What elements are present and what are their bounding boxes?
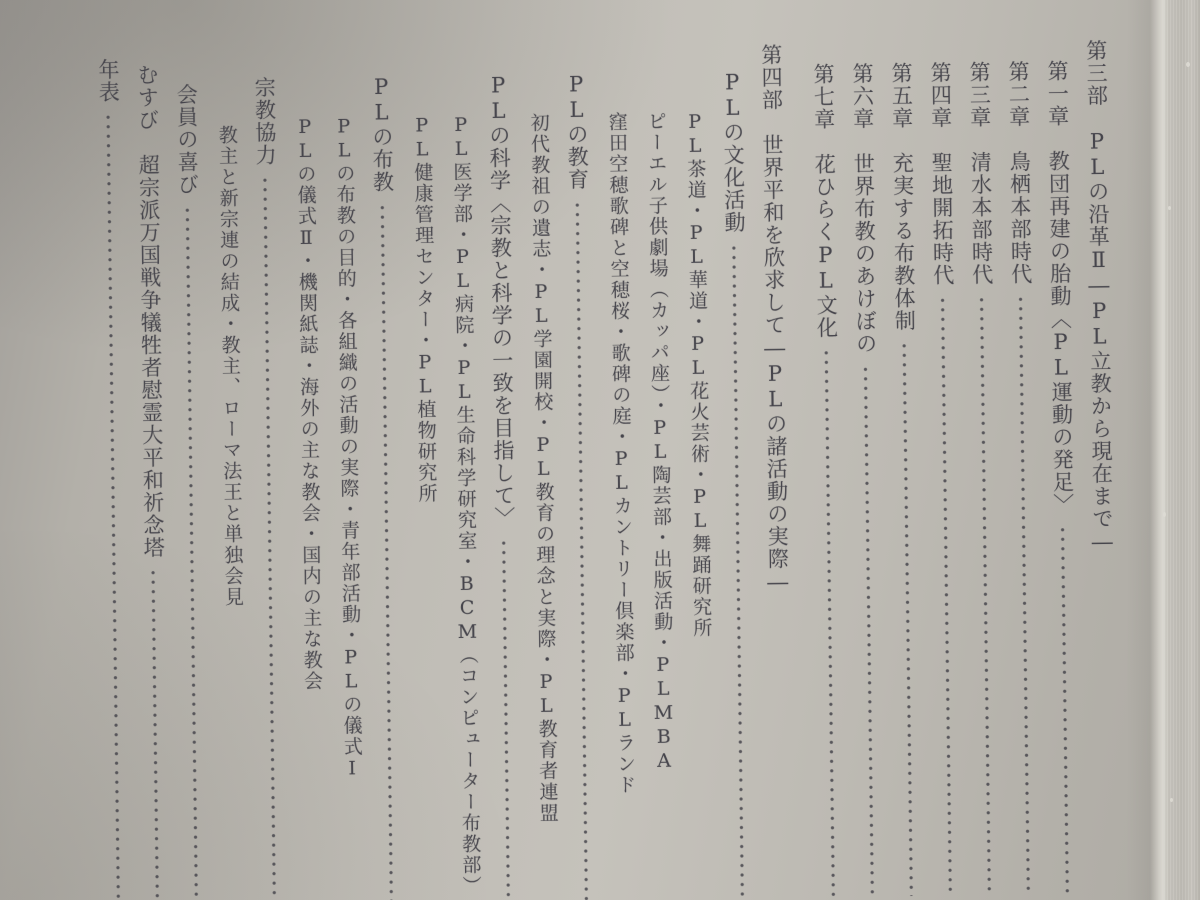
dotted-leader [566, 200, 598, 900]
toc-section-education: PLの教育 [564, 72, 598, 900]
dotted-leader [253, 175, 286, 900]
dotted-leader [854, 364, 884, 897]
toc-subentry: PL医学部・PL病院・PL生命科学研究室・BCM（コンピューター布教部） [448, 114, 481, 900]
dotted-leader [893, 341, 923, 896]
toc-part-3: 第三部 PLの沿革Ⅱ―PL立教から現在まで― [1084, 39, 1118, 893]
paper-speck [1163, 512, 1166, 517]
page-fore-edge [1126, 0, 1200, 900]
toc-chapter-3: 第三章 清水本部時代 [967, 61, 1001, 895]
toc-entry-text: 第七章 花ひらくPL文化 [811, 63, 838, 339]
dotted-leader [1009, 294, 1040, 894]
toc-chapter-6: 第六章 世界布教のあけぼの [850, 62, 884, 896]
toc-entry-text: 初代教祖の遺志・PL学園開校・PL教育の理念と実際・PL教育者連盟 [526, 113, 558, 824]
toc-entry-text: 宗教協力 [252, 76, 276, 166]
toc-subentry: 教主と新宗連の結成・教主、ローマ法王と単独会見 [214, 125, 247, 900]
dotted-leader [371, 202, 403, 900]
toc-section-cooperation: 宗教協力 [252, 76, 286, 900]
toc-entry-text: 第五章 充実する布教体制 [889, 62, 916, 332]
toc-subentry: PLの布教の目的・各組織の活動の実際・青年部活動・PLの儀式Ⅰ [331, 115, 364, 900]
toc-entry-text: 第四部 世界平和を欣求して―PLの諸活動の実際― [759, 44, 789, 596]
table-of-contents: 第三部 PLの沿革Ⅱ―PL立教から現在まで― 第一章 教団再建の胎動〈PL運動の… [87, 0, 1126, 900]
toc-entry-text: 第三章 清水本部時代 [967, 61, 993, 286]
book-page-photo: 第三部 PLの沿革Ⅱ―PL立教から現在まで― 第一章 教団再建の胎動〈PL運動の… [0, 0, 1200, 900]
toc-entry-text: 第三部 PLの沿革Ⅱ―PL立教から現在まで― [1084, 39, 1114, 555]
paper-speck [1168, 206, 1171, 210]
toc-section-musubi: むすび 超宗派万国戦争犠牲者慰霊大平和祈念塔 [135, 64, 169, 900]
toc-entry-text: PLの儀式Ⅱ・機関紙誌・海外の主な教会・国内の主な教会 [292, 116, 323, 692]
toc-entry-text: PLの教育 [564, 72, 589, 191]
toc-entry-text: 第六章 世界布教のあけぼの [850, 62, 877, 355]
toc-chapter-2: 第二章 鳥栖本部時代 [1006, 60, 1040, 894]
toc-subentry: PL茶道・PL華道・PL花火芸術・PL舞踊研究所 [682, 111, 715, 899]
dotted-leader [931, 295, 962, 895]
toc-entry-text: 第一章 教団再建の胎動〈PL運動の発足〉 [1045, 60, 1074, 516]
toc-subentry: PLの儀式Ⅱ・機関紙誌・海外の主な教会・国内の主な教会 [292, 116, 325, 900]
toc-chapter-1: 第一章 教団再建の胎動〈PL運動の発足〉 [1045, 60, 1079, 894]
toc-chapter-4: 第四章 聖地開拓時代 [928, 61, 962, 895]
dotted-leader [815, 348, 845, 897]
toc-entry-text: 会員の喜び [174, 83, 198, 196]
paper-speck [1186, 62, 1190, 67]
toc-entry-text: むすび 超宗派万国戦争犠牲者慰霊大平和祈念塔 [135, 64, 164, 559]
toc-entry-text: PL健康管理センター・PL植物研究所 [409, 114, 437, 504]
toc-section-culture: PLの文化活動 [720, 70, 754, 898]
toc-section-members-joy: 会員の喜び [174, 83, 208, 900]
paper-speck [1170, 798, 1173, 802]
dotted-leader [1051, 525, 1079, 894]
toc-entry-text: 窪田空穂歌碑と空穂桜・歌碑の庭・PLカントリー倶楽部・PLランド [604, 112, 636, 796]
dotted-leader [970, 295, 1001, 895]
toc-entry-text: PLの文化活動 [720, 70, 745, 234]
dotted-leader [722, 243, 754, 899]
toc-entry-text: ピーエル子供劇場（カッパ座）・PL陶芸部・出版活動・PLMBA [643, 111, 675, 774]
toc-section-mission: PLの布教 [369, 75, 403, 900]
toc-part-4: 第四部 世界平和を欣求して―PLの諸活動の実際― [759, 44, 793, 898]
toc-subentry: PL健康管理センター・PL植物研究所 [409, 114, 442, 900]
dotted-leader [492, 538, 520, 900]
toc-entry-text: 教主と新宗連の結成・教主、ローマ法王と単独会見 [214, 125, 243, 608]
toc-entry-text: 第四章 聖地開拓時代 [928, 61, 954, 286]
toc-entry-text: 第二章 鳥栖本部時代 [1006, 60, 1032, 285]
toc-entry-text: PLの布教の目的・各組織の活動の実際・青年部活動・PLの儀式Ⅰ [331, 115, 363, 781]
toc-chapter-5: 第五章 充実する布教体制 [889, 62, 923, 896]
dotted-leader [142, 568, 169, 900]
toc-subentry: 窪田空穂歌碑と空穂桜・歌碑の庭・PLカントリー倶楽部・PLランド [604, 112, 637, 900]
toc-entry-text: 年表 [96, 58, 120, 103]
toc-section-chronology: 年表 [96, 58, 130, 900]
dotted-leader [97, 112, 130, 900]
toc-entry-text: PLの布教 [369, 75, 394, 194]
toc-subentry: ピーエル子供劇場（カッパ座）・PL陶芸部・出版活動・PLMBA [643, 111, 676, 899]
toc-entry-text: PL茶道・PL華道・PL花火芸術・PL舞踊研究所 [682, 111, 712, 639]
toc-subentry: 初代教祖の遺志・PL学園開校・PL教育の理念と実際・PL教育者連盟 [526, 113, 559, 900]
toc-entry-text: PL医学部・PL病院・PL生命科学研究室・BCM（コンピューター布教部） [448, 114, 481, 897]
toc-section-science: PLの科学〈宗教と科学の一致を目指して〉 [486, 73, 520, 900]
toc-entry-text: PLの科学〈宗教と科学の一致を目指して〉 [486, 73, 515, 529]
dotted-leader [176, 205, 208, 900]
toc-chapter-7: 第七章 花ひらくPL文化 [811, 63, 845, 897]
